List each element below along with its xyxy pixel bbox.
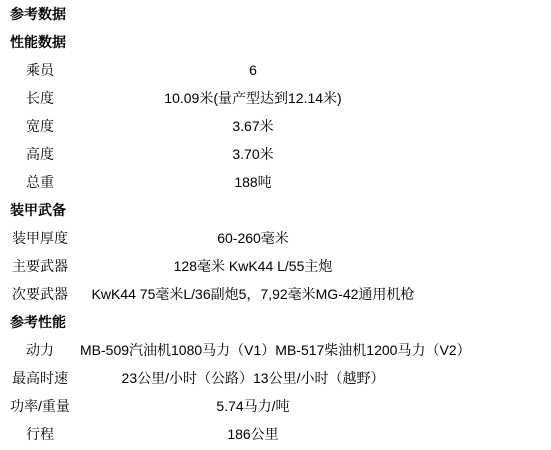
spec-value: 186公里 [80,420,426,448]
spec-value: 188吨 [80,168,426,196]
section-header: 参考性能 [0,308,426,336]
spec-row: 宽度3.67米 [0,112,426,140]
section-header: 性能数据 [0,28,426,56]
spec-row: 最高时速23公里/小时（公路）13公里/小时（越野） [0,364,426,392]
spec-row: 装甲厚度60-260毫米 [0,224,426,252]
spec-label: 乘员 [0,56,80,84]
spec-row: 总重188吨 [0,168,426,196]
spec-label: 长度 [0,84,80,112]
spec-value: 5.74马力/吨 [80,392,426,420]
spec-row: 长度10.09米(量产型达到12.14米) [0,84,426,112]
spec-value: MB-509汽油机1080马力（V1）MB-517柴油机1200马力（V2） [80,336,471,364]
spec-row: 主要武器128毫米 KwK44 L/55主炮 [0,252,426,280]
spec-row: 动力MB-509汽油机1080马力（V1）MB-517柴油机1200马力（V2） [0,336,426,364]
spec-row: 次要武器KwK44 75毫米L/36副炮5，7,92毫米MG-42通用机枪 [0,280,426,308]
spec-label: 动力 [0,336,80,364]
spec-label: 功率/重量 [0,392,80,420]
spec-value: 6 [80,56,426,84]
spec-row: 高度3.70米 [0,140,426,168]
spec-row: 功率/重量5.74马力/吨 [0,392,426,420]
spec-value: KwK44 75毫米L/36副炮5，7,92毫米MG-42通用机枪 [80,280,426,308]
spec-label: 行程 [0,420,80,448]
section-header: 装甲武备 [0,196,426,224]
section-header: 参考数据 [0,0,426,28]
spec-value: 3.67米 [80,112,426,140]
spec-value: 3.70米 [80,140,426,168]
spec-label: 总重 [0,168,80,196]
spec-label: 主要武器 [0,252,80,280]
spec-label: 装甲厚度 [0,224,80,252]
spec-table: 参考数据性能数据乘员6长度10.09米(量产型达到12.14米)宽度3.67米高… [0,0,426,448]
spec-row: 乘员6 [0,56,426,84]
spec-value: 23公里/小时（公路）13公里/小时（越野） [80,364,426,392]
spec-value: 10.09米(量产型达到12.14米) [80,84,426,112]
spec-row: 行程186公里 [0,420,426,448]
spec-label: 宽度 [0,112,80,140]
spec-label: 次要武器 [0,280,80,308]
spec-label: 最高时速 [0,364,80,392]
spec-label: 高度 [0,140,80,168]
spec-value: 60-260毫米 [80,224,426,252]
spec-value: 128毫米 KwK44 L/55主炮 [80,252,426,280]
